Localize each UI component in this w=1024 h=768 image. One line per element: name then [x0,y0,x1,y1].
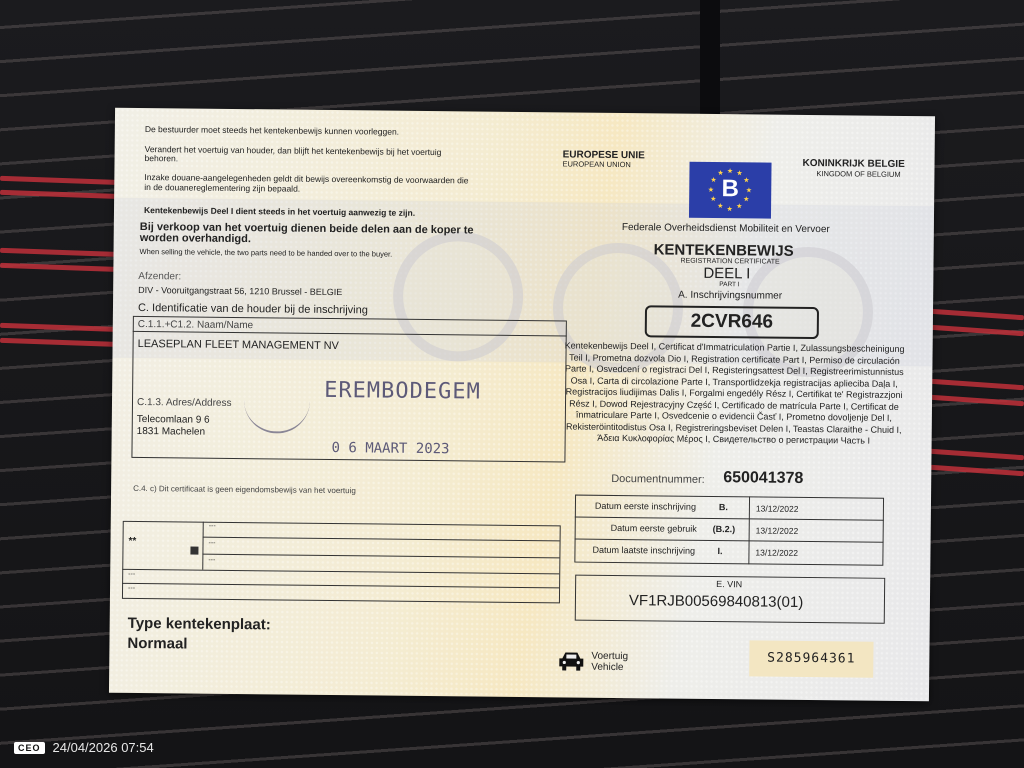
kingdom-label-en: KINGDOM OF BELGIUM [816,169,900,179]
seat-stripe [0,176,125,185]
authority: Federale Overheidsdienst Mobiliteit en V… [622,222,830,235]
eu-star-icon: ★ [717,203,723,210]
date-value: 13/12/2022 [755,547,798,557]
eu-star-icon: ★ [708,186,714,193]
stamp-date: 0 6 MAART 2023 [331,440,449,457]
photo-overlay: CEO 24/04/2026 07:54 [14,740,154,755]
date-value: 13/12/2022 [756,525,799,535]
eu-star-icon: ★ [710,177,716,184]
certificate-title: KENTEKENBEWIJS [654,241,794,259]
date-label: Datum eerste gebruik [611,523,697,534]
eu-star-icon: ★ [743,177,749,184]
instruction-text: De bestuurder moet steeds het kentekenbe… [145,124,399,137]
reg-number: 2CVR646 [645,305,819,339]
grid-cell: --- [128,571,135,578]
reg-number-label: A. Inschrijvingsnummer [678,290,782,302]
certificate-part-en: PART I [719,281,739,288]
holder-address-label: C.1.3. Adres/Address [137,397,232,409]
seat-stripe [930,395,1024,407]
country-letter: B [689,175,771,204]
date-value: 13/12/2022 [756,503,799,513]
grid-cell: --- [128,585,135,592]
grid-cell: --- [208,557,215,564]
seat-gap [700,0,720,115]
eu-star-icon: ★ [717,170,723,177]
eu-star-icon: ★ [736,170,742,177]
seat-stripe [930,449,1024,461]
multilingual-title: Kentekenbewijs Deel I, Certificat d'Imma… [564,340,905,447]
seat-stripe [0,323,125,332]
eu-flag-icon: B ★★★★★★★★★★★★ [689,162,772,219]
holder-name-label: C.1.1.+C1.2. Naam/Name [138,319,253,331]
seat-stripe [930,379,1024,391]
grid-cell: --- [208,540,215,547]
date-code: B. [719,502,728,512]
stamp-place: EREMBODEGEM [324,378,481,405]
holder-address-line2: 1831 Machelen [137,426,206,438]
sale-notice-en: When selling the vehicle, the two parts … [140,247,393,259]
certificate-part: DEEL I [703,265,750,282]
photo-timestamp: 24/04/2026 07:54 [53,740,154,755]
document-number-label: Documentnummer: [611,473,705,486]
eu-star-icon: ★ [736,203,742,210]
seat-stripe [0,263,125,272]
seat-stripe [930,325,1024,337]
holder-name: LEASEPLAN FLEET MANAGEMENT NV [138,338,339,352]
instruction-text: Verandert het voertuig van houder, dan b… [145,144,442,157]
seat-stripe [0,190,125,199]
eu-star-icon: ★ [746,187,752,194]
date-label: Datum eerste inschrijving [595,501,696,512]
eu-label-en: EUROPEAN UNION [562,159,630,169]
sender-label: Afzender: [138,271,181,282]
eu-star-icon: ★ [727,168,733,175]
date-label: Datum laatste inschrijving [592,545,695,556]
document-number: 650041378 [723,469,803,488]
holder-section-title: C. Identificatie van de houder bij de in… [138,302,368,316]
eu-star-icon: ★ [710,196,716,203]
holder-address-line1: Telecomlaan 9 6 [137,414,210,426]
sale-notice: worden overhandigd. [140,232,251,245]
registration-certificate: De bestuurder moet steeds het kentekenbe… [109,108,935,702]
instruction-text: Kentekenbewijs Deel I dient steeds in he… [144,205,415,218]
eu-star-icon: ★ [743,196,749,203]
car-icon [557,649,585,671]
plate-type-value: Normaal [127,635,187,653]
camera-badge: CEO [14,742,45,754]
ownership-note: C.4. c) Dit certificaat is geen eigendom… [133,484,356,495]
vin-label: E. VIN [716,579,742,589]
grid-cell: --- [209,523,216,530]
grid-square-icon [190,547,198,555]
seat-stripe [0,338,125,347]
vin-value: VF1RJB00569840813(01) [629,592,803,611]
lower-grid [122,521,561,604]
grid-marker: ** [128,536,136,547]
instruction-text: behoren. [145,153,179,163]
date-code: I. [717,546,722,556]
date-code: (B.2.) [713,524,736,534]
sender-value: DIV - Vooruitgangstraat 56, 1210 Brussel… [138,285,342,297]
vehicle-label-en: Vehicle [591,662,623,673]
plate-type-label: Type kentekenplaat: [128,615,271,633]
eu-star-icon: ★ [727,206,733,213]
seat-stripe [930,465,1024,477]
seat-stripe [0,248,125,257]
instruction-text: in de douanereglementering zijn bepaald. [144,182,300,194]
vehicle-label: Voertuig [591,651,628,662]
seat-stripe [930,309,1024,321]
serial-number: S285964361 [749,640,873,677]
